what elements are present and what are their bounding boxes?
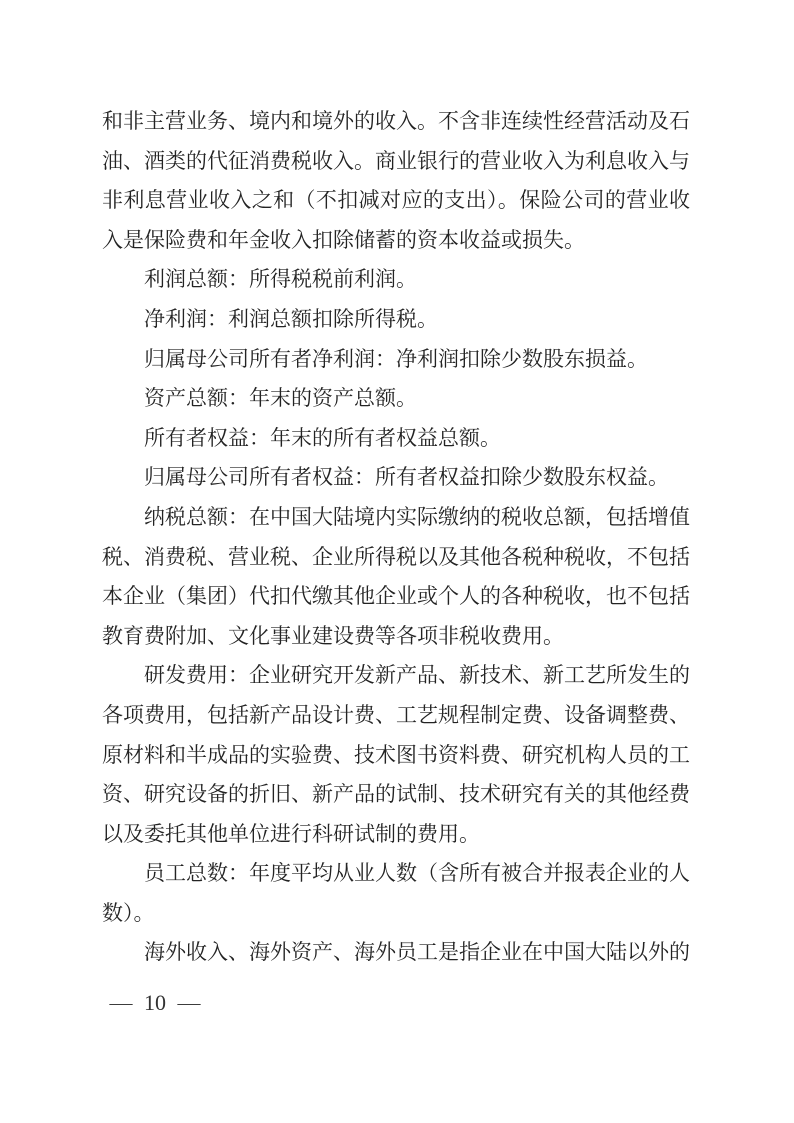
paragraph-continuation: 和非主营业务、境内和境外的收入。不含非连续性经营活动及石油、酒类的代征消费税收入… <box>102 102 690 260</box>
paragraph-total-assets: 资产总额：年末的资产总额。 <box>102 379 690 419</box>
footer-dash-left: — <box>110 991 133 1015</box>
page-number: 10 <box>144 991 166 1015</box>
paragraph-total-employees: 员工总数：年度平均从业人数（含所有被合并报表企业的人数）。 <box>102 854 690 933</box>
footer-dash-right: — <box>178 991 201 1015</box>
paragraph-total-tax: 纳税总额：在中国大陆境内实际缴纳的税收总额，包括增值税、消费税、营业税、企业所得… <box>102 498 690 656</box>
paragraph-net-profit: 净利润：利润总额扣除所得税。 <box>102 300 690 340</box>
paragraph-parent-owners-equity: 归属母公司所有者权益：所有者权益扣除少数股东权益。 <box>102 458 690 498</box>
paragraph-rd-expense: 研发费用：企业研究开发新产品、新技术、新工艺所发生的各项费用，包括新产品设计费、… <box>102 656 690 854</box>
document-page: 和非主营业务、境内和境外的收入。不含非连续性经营活动及石油、酒类的代征消费税收入… <box>0 0 794 1123</box>
paragraph-profit-total: 利润总额：所得税税前利润。 <box>102 260 690 300</box>
paragraph-overseas: 海外收入、海外资产、海外员工是指企业在中国大陆以外的 <box>102 933 690 973</box>
paragraph-owners-equity: 所有者权益：年末的所有者权益总额。 <box>102 419 690 459</box>
page-footer: — 10 — <box>111 991 199 1015</box>
paragraph-parent-net-profit: 归属母公司所有者净利润：净利润扣除少数股东损益。 <box>102 340 690 380</box>
document-body: 和非主营业务、境内和境外的收入。不含非连续性经营活动及石油、酒类的代征消费税收入… <box>102 102 690 973</box>
